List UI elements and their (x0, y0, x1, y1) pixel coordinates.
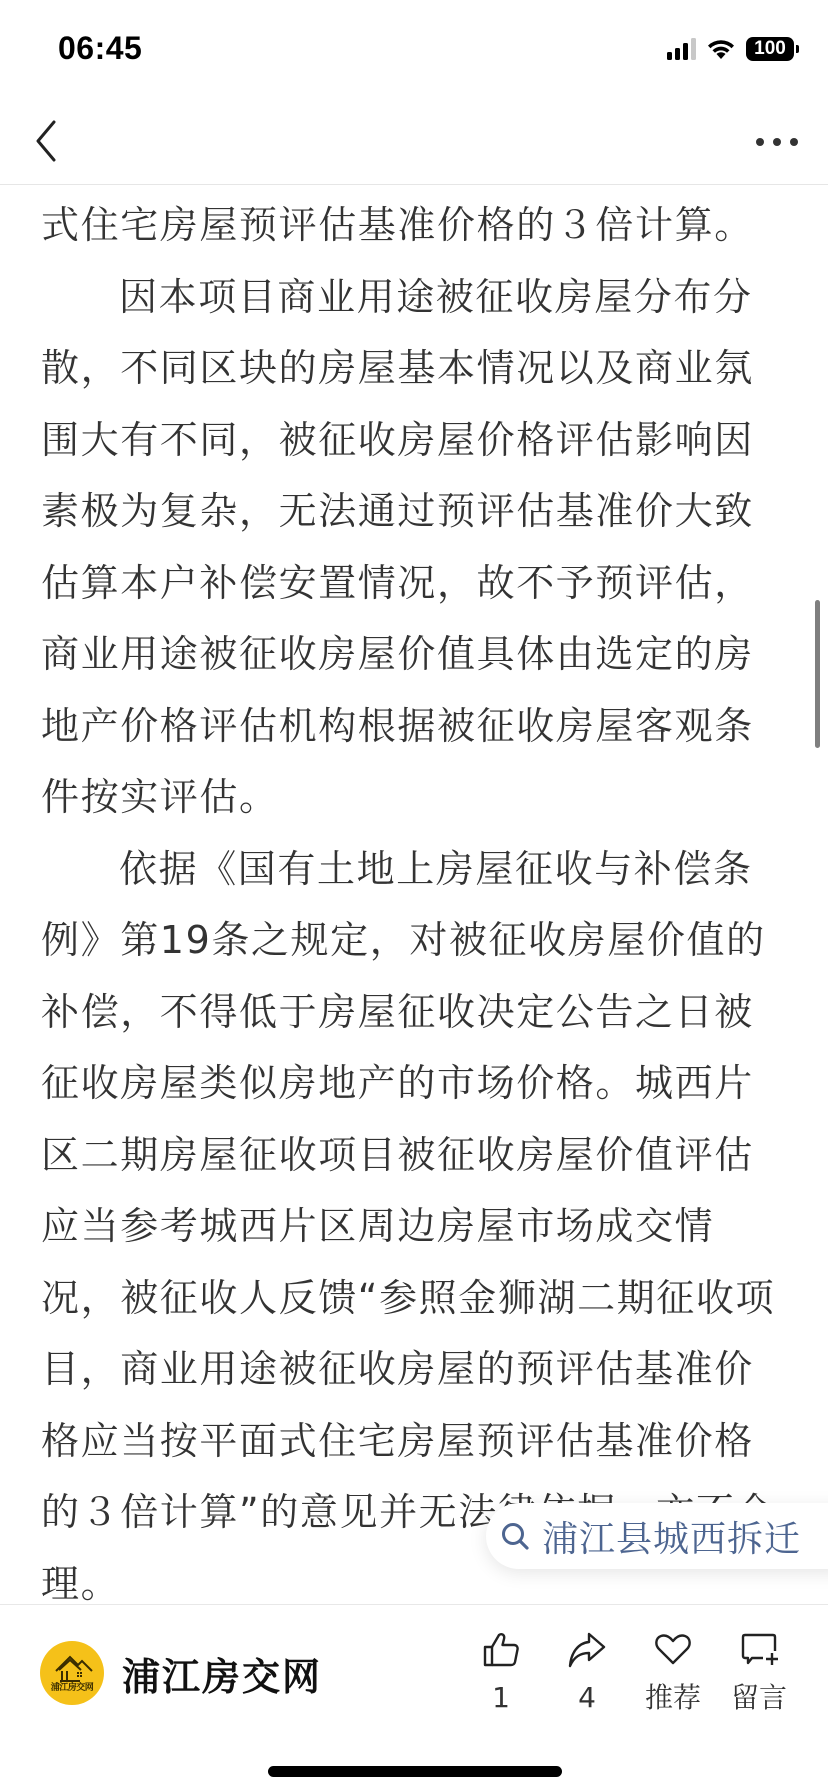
comment-add-icon (739, 1629, 779, 1669)
comment-label: 留言 (731, 1681, 787, 1715)
status-icons: 100 (667, 36, 794, 62)
cellular-signal-icon (667, 38, 696, 60)
more-horizontal-icon (755, 137, 799, 147)
status-bar: 06:45 100 (0, 0, 828, 100)
like-count: 1 (492, 1681, 510, 1715)
status-time: 06:45 (58, 30, 142, 67)
article-paragraph: 式住宅房屋预评估基准价格的３倍计算。 (0, 190, 828, 262)
wifi-icon (706, 38, 736, 60)
back-button[interactable] (26, 116, 66, 166)
nav-bar (0, 100, 828, 185)
chevron-left-icon (34, 120, 58, 162)
search-suggestion-button[interactable]: 浦江县城西拆迁 (486, 1503, 828, 1569)
search-suggestion-label: 浦江县城西拆迁 (542, 1511, 801, 1562)
search-icon (500, 1521, 530, 1551)
share-icon (567, 1629, 607, 1669)
bottom-bar: 浦江房交网 浦江房交网 1 4 (0, 1604, 828, 1792)
article-body: 式住宅房屋预评估基准价格的３倍计算。 因本项目商业用途被征收房屋分布分散，不同区… (0, 186, 828, 1604)
house-logo-icon (40, 1641, 104, 1705)
article-paragraph: 依据《国有土地上房屋征收与补偿条例》第19条之规定，对被征收房屋价值的补偿，不得… (0, 834, 828, 1605)
account-name: 浦江房交网 (122, 1646, 322, 1701)
recommend-button[interactable]: 推荐 (630, 1627, 716, 1715)
thumbs-up-icon (481, 1629, 521, 1669)
action-bar: 1 4 推荐 留言 (458, 1627, 802, 1715)
battery-indicator: 100 (746, 37, 794, 61)
logo-text: 浦江房交网 (40, 1680, 104, 1693)
home-indicator[interactable] (268, 1766, 562, 1777)
article-paragraph: 因本项目商业用途被征收房屋分布分散，不同区块的房屋基本情况以及商业氛围大有不同，… (0, 262, 828, 834)
account-link[interactable]: 浦江房交网 浦江房交网 (40, 1641, 322, 1705)
share-count: 4 (578, 1681, 596, 1715)
more-button[interactable] (752, 122, 802, 162)
share-button[interactable]: 4 (544, 1627, 630, 1715)
account-avatar: 浦江房交网 (40, 1641, 104, 1705)
heart-icon (653, 1629, 693, 1669)
comment-button[interactable]: 留言 (716, 1627, 802, 1715)
recommend-label: 推荐 (645, 1681, 701, 1715)
scrollbar[interactable] (815, 600, 820, 748)
like-button[interactable]: 1 (458, 1627, 544, 1715)
